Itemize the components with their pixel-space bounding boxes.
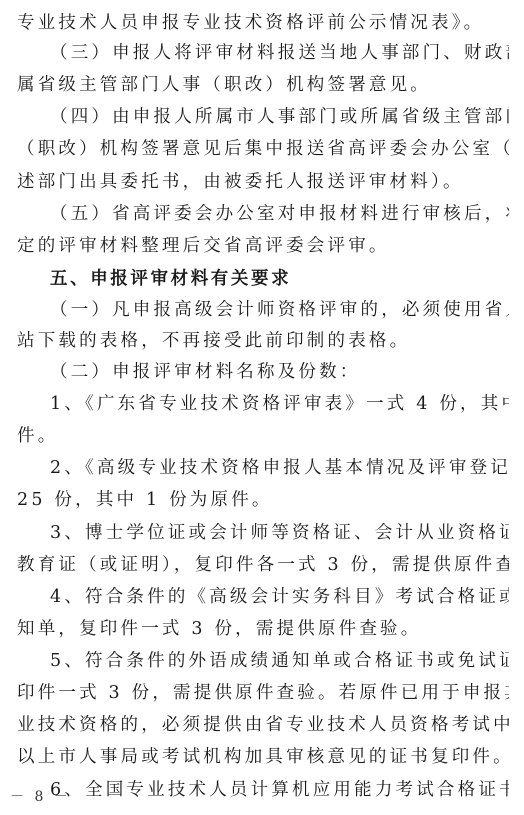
text-line: 知单，复印件一式 3 份，需提供原件查验。 xyxy=(17,614,509,644)
list-item-2: 2、《高级专业技术资格申报人基本情况及评审登记表》一式 xyxy=(50,453,509,483)
page-number: － 8 － xyxy=(10,787,71,807)
text-line: 属省级主管部门人事（职改）机构签署意见。 xyxy=(17,70,509,100)
text-line: 专业技术人员申报专业技术资格评前公示情况表》。 xyxy=(17,8,509,38)
text-line: 站下载的表格，不再接受此前印制的表格。 xyxy=(17,326,509,356)
list-item-6: 6、全国专业技术人员计算机应用能力考试合格证书或免试 xyxy=(50,775,509,805)
document-page: 专业技术人员申报专业技术资格评前公示情况表》。 （三）申报人将评审材料报送当地人… xyxy=(0,0,524,815)
text-line: （三）申报人将评审材料报送当地人事部门、财政部门或所 xyxy=(50,38,509,68)
text-line: 件。 xyxy=(17,421,509,451)
list-item-3: 3、博士学位证或会计师等资格证、会计从业资格证、继续 xyxy=(50,518,509,548)
text-line: （一）凡申报高级会计师资格评审的，必须使用省人事厅网 xyxy=(50,295,509,325)
text-line: 定的评审材料整理后交省高评委会评审。 xyxy=(17,231,509,261)
list-item-1: 1、《广东省专业技术资格评审表》一式 4 份，其中 1 份为原 xyxy=(50,389,509,419)
text-line: 述部门出具委托书，由被委托人报送评审材料）。 xyxy=(17,167,509,197)
text-line: 25 份，其中 1 份为原件。 xyxy=(17,485,509,515)
text-line: （五）省高评委会办公室对申报材料进行审核后，将符合规 xyxy=(50,199,509,229)
text-line: （二）申报评审材料名称及份数： xyxy=(50,357,509,387)
text-line: 教育证（或证明），复印件各一式 3 份，需提供原件查验。 xyxy=(17,550,509,580)
section-heading: 五、申报评审材料有关要求 xyxy=(50,264,509,294)
text-line: 业技术资格的，必须提供由省专业技术人员资格考试中心或地级 xyxy=(17,710,509,740)
text-line: （职改）机构签署意见后集中报送省高评委会办公室（亦可由上 xyxy=(17,134,509,164)
list-item-4: 4、符合条件的《高级会计实务科目》考试合格证或成绩通 xyxy=(50,582,509,612)
text-line: 以上市人事局或考试机构加具审核意见的证书复印件。 xyxy=(17,742,509,772)
list-item-5: 5、符合条件的外语成绩通知单或合格证书或免试证明，复 xyxy=(50,646,509,676)
text-line: （四）由申报人所属市人事部门或所属省级主管部门人事 xyxy=(50,102,509,132)
text-line: 印件一式 3 份，需提供原件查验。若原件已用于申报其他系列专 xyxy=(17,678,509,708)
